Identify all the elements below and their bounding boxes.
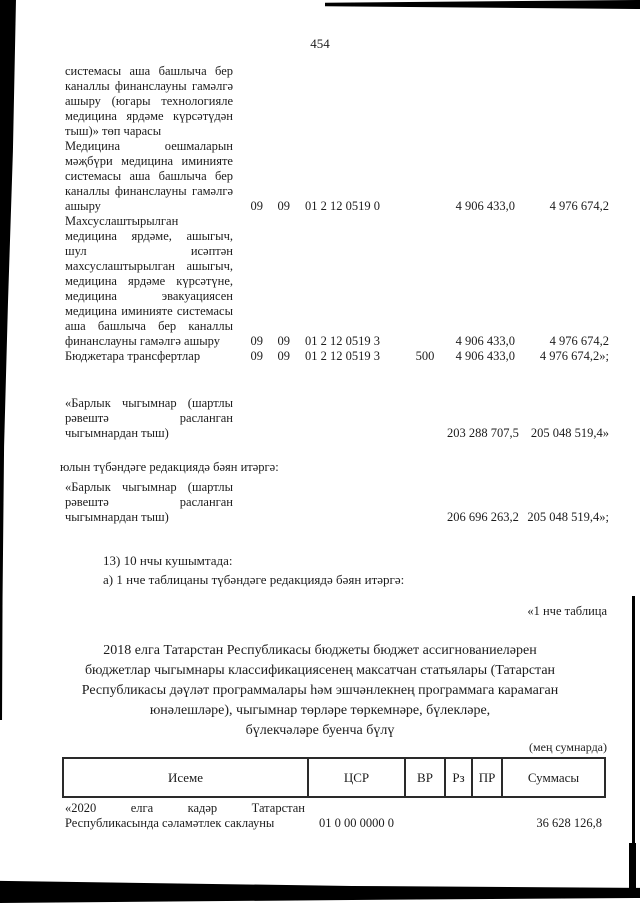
budget-row-pr: 09 [263, 199, 290, 214]
budget-row-sum2: 4 976 674,2 [515, 334, 609, 349]
table-title: 2018 елга Татарстан Республикасы бюджеты… [70, 641, 570, 741]
budget-row: системасы аша башлыча бер каналлы финанс… [65, 64, 609, 139]
totals-row: «Барлык чыгымнар (шартлы рәвештә расланг… [65, 396, 609, 441]
budget-row-csr: 01 2 12 0519 3 [290, 334, 403, 349]
amendment-intro-line: юлын түбәндәге редакциядә бәян итәргә: [60, 460, 480, 475]
scan-artifact-top-right [325, 0, 640, 9]
scan-artifact-right-thick [629, 843, 636, 891]
budget-row-sum1: 4 906 433,0 [447, 349, 515, 364]
budget-row-rz: 09 [233, 334, 263, 349]
amendment-items: 13) 10 нчы кушымтада: а) 1 нче таблицаны… [103, 551, 404, 589]
budget-row-name: Махсуслаштырылган медицина ярдәме, ашыгы… [65, 214, 233, 349]
units-note: (мең сумнарда) [529, 740, 607, 755]
totals-row-name: «Барлык чыгымнар (шартлы рәвештә расланг… [65, 396, 233, 441]
page-number: 454 [0, 36, 640, 51]
budget-table-header: Исеме ЦСР ВР Рз ПР Суммасы [62, 757, 606, 798]
budget-row-rz: 09 [233, 349, 263, 364]
budget-row-sum2: 4 976 674,2»; [515, 349, 609, 364]
budget-row-name: Бюджетара трансфертлар [65, 349, 233, 364]
budget-row-csr: 01 2 12 0519 3 [290, 349, 403, 364]
budget-row-vr: 500 [403, 349, 447, 364]
column-header-name: Исеме [64, 759, 309, 796]
budget-row-sum2: 4 976 674,2 [515, 199, 609, 214]
totals-row-sum2: 205 048 519,4» [515, 426, 609, 441]
budget-row-sum1: 4 906 433,0 [447, 199, 515, 214]
table-number-label: «1 нче таблица [527, 604, 607, 619]
budget-row-csr: 01 2 12 0519 0 [290, 199, 403, 214]
scan-artifact-bottom-bar [0, 877, 640, 905]
totals-row-sum2: 205 048 519,4»; [515, 510, 609, 525]
column-header-sum: Суммасы [503, 759, 604, 796]
column-header-rz: Рз [446, 759, 473, 796]
totals-row-sum1: 203 288 707,5 [447, 426, 515, 441]
column-header-vr: ВР [406, 759, 446, 796]
budget-row-pr: 09 [263, 349, 290, 364]
budget-row: Бюджетара трансфертлар 09 09 01 2 12 051… [65, 349, 609, 364]
budget-listing: системасы аша башлыча бер каналлы финанс… [65, 64, 609, 364]
budget-row: Махсуслаштырылган медицина ярдәме, ашыгы… [65, 214, 609, 349]
column-header-pr: ПР [473, 759, 503, 796]
budget-row-pr: 09 [263, 334, 290, 349]
scan-artifact-left [0, 0, 17, 720]
amendment-subitem: а) 1 нче таблицаны түбәндәге редакциядә … [103, 570, 404, 589]
totals-row-name: «Барлык чыгымнар (шартлы рәвештә расланг… [65, 480, 233, 525]
amendment-item: 13) 10 нчы кушымтада: [103, 551, 404, 570]
budget-row-sum1: 4 906 433,0 [447, 334, 515, 349]
table-row: «2020 елга кадәр Татарстан Республикасын… [62, 801, 606, 831]
budget-row-name: Медицина оешмаларын мәҗбүри медицина ими… [65, 139, 233, 214]
budget-row: Медицина оешмаларын мәҗбүри медицина ими… [65, 139, 609, 214]
budget-row-rz: 09 [233, 199, 263, 214]
table-row-csr: 01 0 00 0000 0 [308, 816, 405, 831]
column-header-csr: ЦСР [309, 759, 406, 796]
totals-row-sum1: 206 696 263,2 [447, 510, 515, 525]
table-row-sum: 36 628 126,8 [502, 816, 606, 831]
budget-row-name: системасы аша башлыча бер каналлы финанс… [65, 64, 233, 139]
table-row-name: «2020 елга кадәр Татарстан Республикасын… [62, 801, 308, 831]
totals-row: «Барлык чыгымнар (шартлы рәвештә расланг… [65, 480, 609, 525]
